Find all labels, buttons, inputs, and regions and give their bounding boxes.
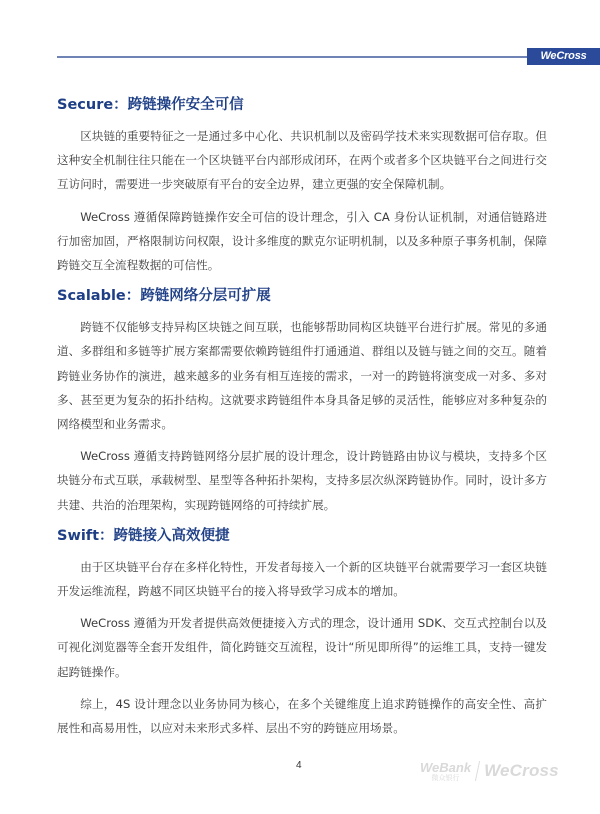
webank-logo: WeBank 微众银行 — [420, 761, 471, 782]
webank-logo-en: WeBank — [420, 761, 471, 774]
section-title-secure: Secure：跨链操作安全可信 — [57, 94, 547, 116]
paragraph: 综上，4S 设计理念以业务协同为核心，在多个关键维度上追求跨链操作的高安全性、高… — [57, 692, 547, 740]
section-title-scalable: Scalable：跨链网络分层可扩展 — [57, 285, 547, 307]
section-swift: Swift：跨链接入高效便捷 由于区块链平台存在多样化特性，开发者每接入一个新的… — [57, 525, 547, 740]
section-title-swift: Swift：跨链接入高效便捷 — [57, 525, 547, 547]
logo-divider — [475, 761, 480, 781]
paragraph: 区块链的重要特征之一是通过多中心化、共识机制以及密码学技术来实现数据可信存取。但… — [57, 124, 547, 197]
footer-logo: WeBank 微众银行 WeCross — [420, 756, 559, 786]
webank-logo-cn: 微众银行 — [432, 775, 460, 782]
paragraph: WeCross 遵循支持跨链网络分层扩展的设计理念，设计跨链路由协议与模块，支持… — [57, 444, 547, 517]
section-secure: Secure：跨链操作安全可信 区块链的重要特征之一是通过多中心化、共识机制以及… — [57, 94, 547, 277]
paragraph: 跨链不仅能够支持异构区块链之间互联，也能够帮助同构区块链平台进行扩展。常见的多通… — [57, 315, 547, 436]
wecross-footer-logo: WeCross — [484, 761, 559, 781]
section-scalable: Scalable：跨链网络分层可扩展 跨链不仅能够支持异构区块链之间互联，也能够… — [57, 285, 547, 517]
wecross-header-logo: WeCross — [527, 48, 600, 65]
page-content: Secure：跨链操作安全可信 区块链的重要特征之一是通过多中心化、共识机制以及… — [57, 94, 547, 748]
paragraph: 由于区块链平台存在多样化特性，开发者每接入一个新的区块链平台就需要学习一套区块链… — [57, 555, 547, 603]
page-number: 4 — [296, 760, 302, 771]
paragraph: WeCross 遵循保障跨链操作安全可信的设计理念，引入 CA 身份认证机制，对… — [57, 205, 547, 278]
paragraph: WeCross 遵循为开发者提供高效便捷接入方式的理念，设计通用 SDK、交互式… — [57, 611, 547, 684]
header-rule — [57, 56, 527, 58]
